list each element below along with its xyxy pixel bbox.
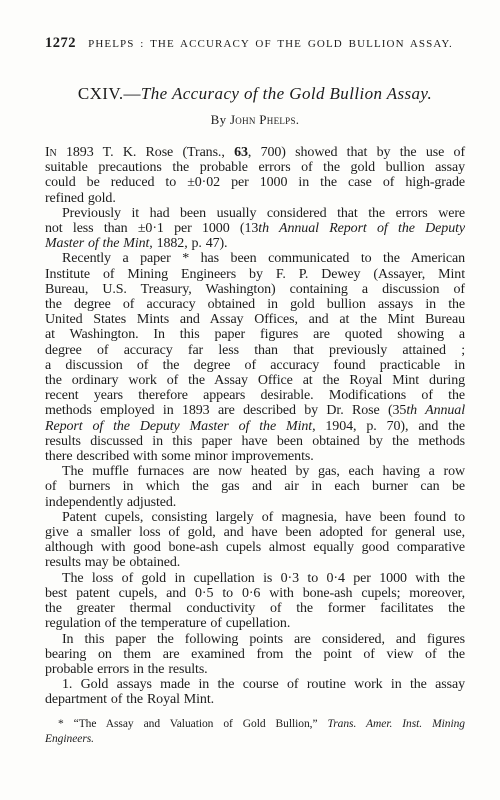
text-run: , 1882, p. 47). [149, 236, 227, 251]
text-line: bearing on them are examined from the po… [45, 647, 465, 662]
smallcaps-text: John Phelps. [230, 112, 299, 127]
text-line: Report of the Deputy Master of the Mint,… [45, 419, 465, 434]
text-run: , 1904, p. 70), and the [312, 419, 465, 434]
italic-text: The Accuracy of the Gold Bullion Assay. [141, 84, 432, 103]
text-run: In this paper the following points are c… [62, 632, 465, 647]
text-line: independently adjusted. [45, 495, 465, 510]
footnote: * “The Assay and Valuation of Gold Bulli… [45, 717, 465, 746]
text-line: department of the Royal Mint. [45, 692, 465, 707]
text-line: The muffle furnaces are now heated by ga… [45, 464, 465, 479]
italic-text: Master of the Mint [45, 236, 149, 251]
italic-text: Engineers. [45, 733, 94, 745]
text-line: could be reduced to ±0·02 per 1000 in th… [45, 175, 465, 190]
text-run: a discussion of the degree of accuracy f… [45, 358, 465, 373]
body-paragraph: Patent cupels, consisting largely of mag… [45, 510, 465, 571]
italic-text: Trans. Amer. Inst. Mining [328, 718, 466, 730]
text-line: Institute of Mining Engineers by F. P. D… [45, 267, 465, 282]
text-run: the ordinary work of the Assay Office at… [45, 373, 465, 388]
text-line: methods employed in 1893 are described b… [45, 403, 465, 418]
text-run: results discussed in this paper have bee… [45, 434, 465, 449]
article-byline: By John Phelps. [45, 112, 465, 128]
text-line: the degree of accuracy obtained in gold … [45, 297, 465, 312]
text-run: 1893 T. K. Rose (Trans., [57, 145, 234, 160]
text-line: recent years therefore appears desirable… [45, 388, 465, 403]
text-line: Previously it had been usually considere… [45, 206, 465, 221]
text-run: Institute of Mining Engineers by F. P. D… [45, 267, 465, 282]
text-run: bearing on them are examined from the po… [45, 647, 465, 662]
text-line: Patent cupels, consisting largely of mag… [45, 510, 465, 525]
text-run: Previously it had been usually considere… [62, 206, 465, 221]
text-run: 1. Gold assays made in the course of rou… [62, 677, 465, 692]
text-run: results may be obtained. [45, 555, 180, 570]
italic-text: th Annual [406, 403, 465, 418]
text-run: Patent cupels, consisting largely of mag… [62, 510, 465, 525]
text-run: CXIV.— [78, 84, 141, 103]
text-line: there described with some minor improvem… [45, 449, 465, 464]
smallcaps-text: In [45, 145, 57, 160]
text-run: methods employed in 1893 are described b… [45, 403, 406, 418]
bold-text: 63 [234, 145, 248, 160]
text-run: although with good bone-ash cupels almos… [45, 540, 465, 555]
text-run: The loss of gold in cupellation is 0·3 t… [62, 571, 465, 586]
body-paragraph: Previously it had been usually considere… [45, 206, 465, 252]
text-run: Recently a paper * has been communicated… [62, 251, 465, 266]
text-run: Bureau, U.S. Treasury, Washington) conta… [45, 282, 465, 297]
text-line: In this paper the following points are c… [45, 632, 465, 647]
text-line: 1. Gold assays made in the course of rou… [45, 677, 465, 692]
text-line: suitable precautions the probable errors… [45, 160, 465, 175]
italic-text: th Annual Report of the Deputy [258, 221, 465, 236]
text-run: independently adjusted. [45, 495, 176, 510]
body-paragraph: The loss of gold in cupellation is 0·3 t… [45, 571, 465, 632]
text-line: probable errors in the results. [45, 662, 465, 677]
text-line: Recently a paper * has been communicated… [45, 251, 465, 266]
article-title: CXIV.—The Accuracy of the Gold Bullion A… [25, 84, 485, 104]
text-run: not less than ±0·1 per 1000 (13 [45, 221, 258, 236]
text-line: regulation of the temperature of cupella… [45, 616, 465, 631]
text-run: could be reduced to ±0·02 per 1000 in th… [45, 175, 465, 190]
text-line: Bureau, U.S. Treasury, Washington) conta… [45, 282, 465, 297]
text-line: at Washington. In this paper figures are… [45, 327, 465, 342]
text-line: although with good bone-ash cupels almos… [45, 540, 465, 555]
text-run: recent years therefore appears desirable… [45, 388, 465, 403]
body-paragraph: The muffle furnaces are now heated by ga… [45, 464, 465, 510]
text-run: of burners in which the gas and air in e… [45, 479, 465, 494]
body-paragraph: 1. Gold assays made in the course of rou… [45, 677, 465, 707]
text-line: degree of accuracy far less than that pr… [45, 343, 465, 358]
text-line: results discussed in this paper have bee… [45, 434, 465, 449]
article-body: In 1893 T. K. Rose (Trans., 63, 700) sho… [45, 145, 465, 708]
text-run: * “The Assay and Valuation of Gold Bulli… [58, 718, 328, 730]
text-run: United States Mints and Assay Offices, a… [45, 312, 465, 327]
text-run: degree of accuracy far less than that pr… [45, 343, 465, 358]
running-title: PHELPS : THE ACCURACY OF THE GOLD BULLIO… [76, 38, 465, 50]
text-line: not less than ±0·1 per 1000 (13th Annual… [45, 221, 465, 236]
text-run: refined gold. [45, 191, 116, 206]
text-run: The muffle furnaces are now heated by ga… [62, 464, 465, 479]
body-paragraph: Recently a paper * has been communicated… [45, 251, 465, 464]
text-line: The loss of gold in cupellation is 0·3 t… [45, 571, 465, 586]
text-run: best patent cupels, and 0·5 to 0·6 with … [45, 586, 465, 601]
text-line: Engineers. [45, 732, 465, 747]
text-line: * “The Assay and Valuation of Gold Bulli… [45, 717, 465, 732]
text-run: By [211, 112, 230, 127]
running-header: 1272 PHELPS : THE ACCURACY OF THE GOLD B… [45, 35, 465, 52]
text-run: regulation of the temperature of cupella… [45, 616, 290, 631]
text-line: refined gold. [45, 191, 465, 206]
italic-text: Report of the Deputy Master of the Mint [45, 419, 312, 434]
body-paragraph: In this paper the following points are c… [45, 632, 465, 678]
text-run: , 700) showed that by the use of [248, 145, 465, 160]
text-line: Master of the Mint, 1882, p. 47). [45, 236, 465, 251]
text-line: the greater thermal conductivity of the … [45, 601, 465, 616]
text-line: the ordinary work of the Assay Office at… [45, 373, 465, 388]
body-paragraph: In 1893 T. K. Rose (Trans., 63, 700) sho… [45, 145, 465, 206]
text-run: give a smaller loss of gold, and have be… [45, 525, 465, 540]
text-line: of burners in which the gas and air in e… [45, 479, 465, 494]
text-run: suitable precautions the probable errors… [45, 160, 465, 175]
text-run: the greater thermal conductivity of the … [45, 601, 465, 616]
journal-page: 1272 PHELPS : THE ACCURACY OF THE GOLD B… [0, 0, 500, 800]
text-run: the degree of accuracy obtained in gold … [45, 297, 465, 312]
text-line: a discussion of the degree of accuracy f… [45, 358, 465, 373]
text-run: department of the Royal Mint. [45, 692, 214, 707]
text-line: In 1893 T. K. Rose (Trans., 63, 700) sho… [45, 145, 465, 160]
text-line: best patent cupels, and 0·5 to 0·6 with … [45, 586, 465, 601]
page-number: 1272 [45, 35, 76, 52]
text-line: results may be obtained. [45, 555, 465, 570]
text-run: there described with some minor improvem… [45, 449, 314, 464]
text-line: United States Mints and Assay Offices, a… [45, 312, 465, 327]
text-line: give a smaller loss of gold, and have be… [45, 525, 465, 540]
text-run: at Washington. In this paper figures are… [45, 327, 465, 342]
footnote-paragraph: * “The Assay and Valuation of Gold Bulli… [45, 717, 465, 746]
text-run: probable errors in the results. [45, 662, 208, 677]
